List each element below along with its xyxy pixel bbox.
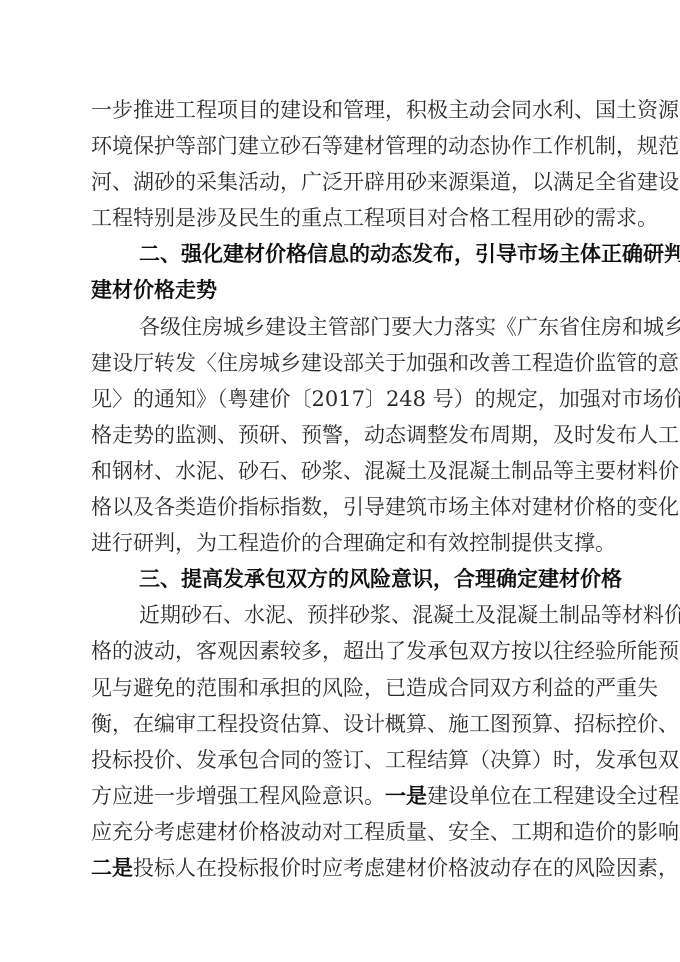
document-body: 一步推进工程项目的建设和管理，积极主动会同水利、国土资源、 环境保护等部门建立砂… xyxy=(91,92,595,886)
section-heading-2: 二、强化建材价格信息的动态发布，引导市场主体正确研判 建材价格走势 xyxy=(91,236,595,308)
heading-line: 建材价格走势 xyxy=(91,272,595,308)
text-line: 建设厅转发〈住房城乡建设部关于加强和改善工程造价监管的意 xyxy=(91,345,595,381)
text-line: 格以及各类造价指标指数，引导建筑市场主体对建材价格的变化 xyxy=(91,489,595,525)
text-line: 进行研判，为工程造价的合理确定和有效控制提供支撑。 xyxy=(91,525,595,561)
text-line: 近期砂石、水泥、预拌砂浆、混凝土及混凝土制品等材料价 xyxy=(91,597,595,633)
text-line: 各级住房城乡建设主管部门要大力落实《广东省住房和城乡 xyxy=(91,309,595,345)
text-line: 衡，在编审工程投资估算、设计概算、施工图预算、招标控价、 xyxy=(91,706,595,742)
text-run: 建设单位在工程建设全过程 xyxy=(427,784,679,808)
heading-line: 三、提高发承包双方的风险意识，合理确定建材价格 xyxy=(91,561,595,597)
text-line: 格走势的监测、预研、预警，动态调整发布周期，及时发布人工 xyxy=(91,417,595,453)
text-line: 投标投价、发承包合同的签订、工程结算（决算）时，发承包双 xyxy=(91,742,595,778)
text-run: 投标人在投标报价时应考虑建材价格波动存在的风险因素， xyxy=(133,856,679,880)
paragraph-risk-awareness: 近期砂石、水泥、预拌砂浆、混凝土及混凝土制品等材料价 格的波动，客观因素较多，超… xyxy=(91,597,595,886)
text-line: 和钢材、水泥、砂石、砂浆、混凝土及混凝土制品等主要材料价 xyxy=(91,453,595,489)
text-line: 工程特别是涉及民生的重点工程项目对合格工程用砂的需求。 xyxy=(91,200,595,236)
text-line: 环境保护等部门建立砂石等建材管理的动态协作工作机制，规范 xyxy=(91,128,595,164)
paragraph-sand-supply: 一步推进工程项目的建设和管理，积极主动会同水利、国土资源、 环境保护等部门建立砂… xyxy=(91,92,595,236)
text-line: 河、湖砂的采集活动，广泛开辟用砂来源渠道，以满足全省建设 xyxy=(91,164,595,200)
paragraph-price-info: 各级住房城乡建设主管部门要大力落实《广东省住房和城乡 建设厅转发〈住房城乡建设部… xyxy=(91,309,595,562)
document-page: 一步推进工程项目的建设和管理，积极主动会同水利、国土资源、 环境保护等部门建立砂… xyxy=(0,0,680,962)
text-line: 格的波动，客观因素较多，超出了发承包双方按以往经验所能预 xyxy=(91,633,595,669)
heading-line: 二、强化建材价格信息的动态发布，引导市场主体正确研判 xyxy=(91,236,595,272)
section-heading-3: 三、提高发承包双方的风险意识，合理确定建材价格 xyxy=(91,561,595,597)
text-line: 应充分考虑建材价格波动对工程质量、安全、工期和造价的影响。 xyxy=(91,814,595,850)
text-line: 见〉的通知》（粤建价〔2017〕248 号）的规定，加强对市场价 xyxy=(91,381,595,417)
text-line: 见与避免的范围和承担的风险，已造成合同双方利益的严重失 xyxy=(91,670,595,706)
text-line: 一步推进工程项目的建设和管理，积极主动会同水利、国土资源、 xyxy=(91,92,595,128)
emphasis-second-point: 二是 xyxy=(91,856,133,880)
emphasis-first-point: 一是 xyxy=(385,784,427,808)
text-run: 方应进一步增强工程风险意识。 xyxy=(91,784,385,808)
text-line: 二是投标人在投标报价时应考虑建材价格波动存在的风险因素， xyxy=(91,850,595,886)
text-line: 方应进一步增强工程风险意识。一是建设单位在工程建设全过程 xyxy=(91,778,595,814)
